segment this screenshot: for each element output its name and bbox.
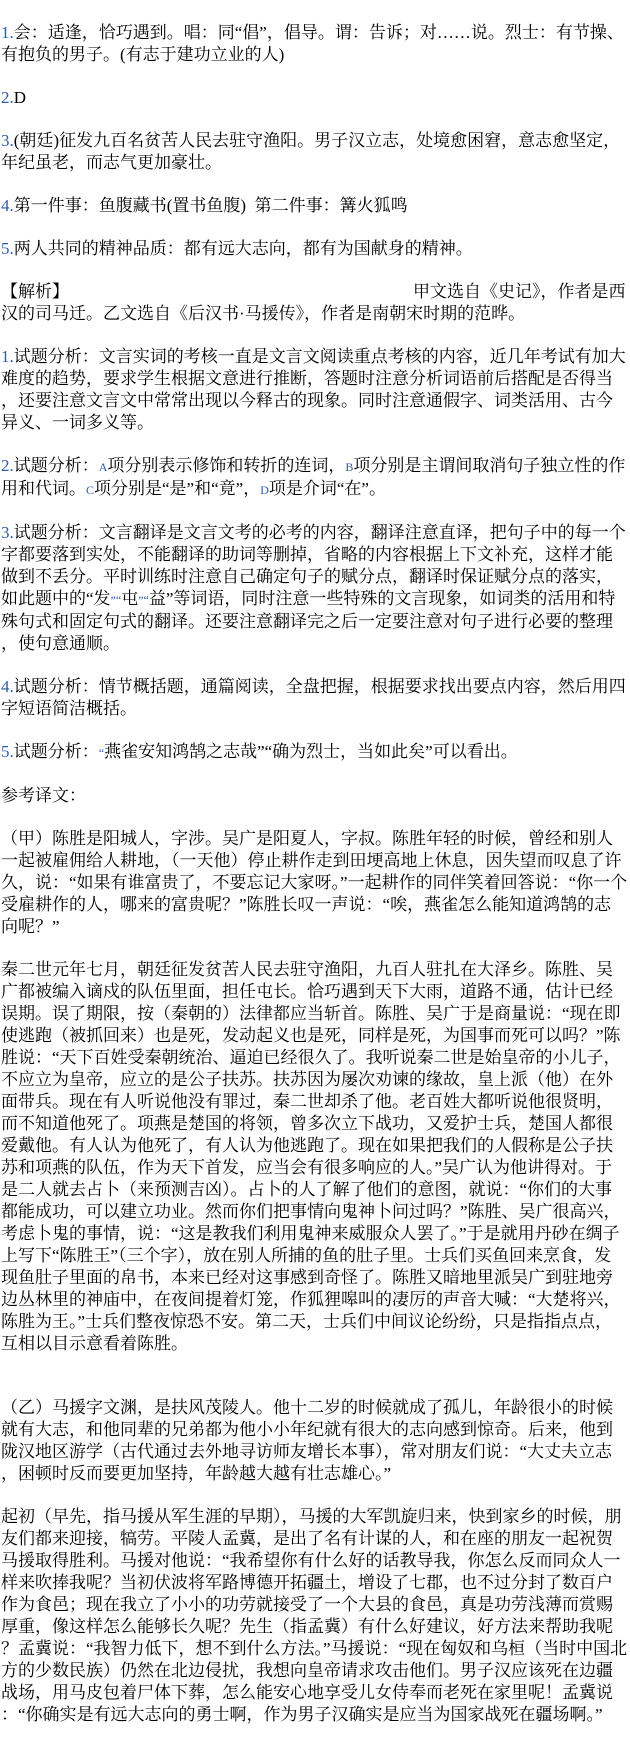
text-segment: ”“ [111, 593, 122, 607]
analysis-item-1-number: 1. [1, 347, 14, 366]
translation-paragraph-yi: （乙）马援字文渊，是扶风茂陵人。他十二岁的时候就成了孤儿，年龄很小的时候就有大志… [1, 1397, 628, 1485]
translation-paragraph-jia: （甲）陈胜是阳城人，字涉。吴广是阳夏人，字叔。陈胜年轻的时候，曾经和别人一起被雇… [1, 828, 628, 938]
text-segment: 燕雀安知鸿鹄之志哉”“确为烈士，当如此矣”可以看出。 [104, 742, 518, 761]
analysis-item-4: 4.试题分析：情节概括题，通篇阅读，全盘把握，根据要求找出要点内容，然后用四字短… [1, 676, 628, 720]
text-segment: 项是介词“在”。 [269, 479, 386, 498]
answer-5: 5.两人共同的精神品质：都有远大志向，都有为国献身的精神。 [1, 238, 628, 260]
answer-5-number: 5. [1, 239, 14, 258]
analysis-item-1: 1.试题分析：文言实词的考核一直是文言文阅读重点考核的内容，近几年考试有加大难度… [1, 346, 628, 434]
translation-paragraph-qichu: 起初（早先，指马援从军生涯的早期），马援的大军凯旋归来，快到家乡的时候，朋友们都… [1, 1506, 628, 1726]
answer-3-text: (朝廷)征发九百名贫苦人民去驻守渔阳。男子汉立志，处境愈困窘，意志愈坚定，年纪虽… [1, 131, 620, 172]
text-segment: 试题分析： [14, 456, 99, 475]
analysis-item-3: 3.试题分析：文言翻译是文言文考的必考的内容，翻译注意直译，把句子中的每一个字都… [1, 522, 628, 655]
text-segment: ”“ [138, 593, 149, 607]
analysis-item-2: 2.试题分析：A项分别表示修饰和转折的连词，B项分别是主谓间取消句子独立性的作用… [1, 455, 628, 501]
analysis-intro: 甲文选自《史记》，作者是西汉的司马迁。乙文选自《后汉书·马援传》，作者是南朝宋时… [1, 282, 626, 323]
answer-2: 2.D [1, 87, 628, 109]
answer-2-number: 2. [1, 88, 14, 107]
analysis-header: 【解析】甲文选自《史记》，作者是西汉的司马迁。乙文选自《后汉书·马援传》，作者是… [1, 281, 628, 325]
analysis-label: 【解析】 [1, 282, 69, 301]
answer-2-text: D [14, 88, 26, 107]
answer-3: 3.(朝廷)征发九百名贫苦人民去驻守渔阳。男子汉立志，处境愈困窘，意志愈坚定，年… [1, 130, 628, 174]
text-segment: 5. [1, 742, 14, 761]
analysis-item-4-number: 4. [1, 677, 14, 696]
answer-1-text: 会：适逢，恰巧遇到。唱：同“倡”，倡导。谓：告诉；对……说。烈士：有节操、有抱负… [1, 23, 624, 64]
answer-1-number: 1. [1, 23, 14, 42]
translation-paragraph-qin: 秦二世元年七月，朝廷征发贫苦人民去驻守渔阳，九百人驻扎在大泽乡。陈胜、吴广都被编… [1, 959, 628, 1355]
text-segment: 项分别表示修饰和转折的连词， [107, 456, 345, 475]
analysis-item-4-text: 试题分析：情节概括题，通篇阅读，全盘把握，根据要求找出要点内容，然后用四字短语简… [1, 677, 626, 718]
text-segment: 2. [1, 456, 14, 475]
analysis-item-5: 5.试题分析：“燕雀安知鸿鹄之志哉”“确为烈士，当如此矣”可以看出。 [1, 741, 628, 764]
analysis-header-spacer [69, 296, 413, 297]
answer-4-number: 4. [1, 196, 14, 215]
text-segment: 项分别是“是”和“竟”， [94, 479, 260, 498]
analysis-item-1-text: 试题分析：文言实词的考核一直是文言文阅读重点考核的内容，近几年考试有加大难度的趋… [1, 347, 626, 432]
answer-3-number: 3. [1, 131, 14, 150]
answer-4-text: 第一件事：鱼腹藏书(置书鱼腹) 第二件事：篝火狐鸣 [14, 196, 408, 215]
text-segment: 3. [1, 523, 14, 542]
text-segment: 试题分析： [14, 742, 99, 761]
text-segment: C [86, 483, 94, 497]
text-segment: D [260, 483, 269, 497]
translation-title: 参考译文： [1, 785, 628, 807]
text-segment: 屯 [121, 589, 138, 608]
answer-5-text: 两人共同的精神品质：都有远大志向，都有为国献身的精神。 [14, 239, 473, 258]
answer-1: 1.会：适逢，恰巧遇到。唱：同“倡”，倡导。谓：告诉；对……说。烈士：有节操、有… [1, 22, 628, 66]
answer-4: 4.第一件事：鱼腹藏书(置书鱼腹) 第二件事：篝火狐鸣 [1, 195, 628, 217]
document-page: 1.会：适逢，恰巧遇到。唱：同“倡”，倡导。谓：告诉；对……说。烈士：有节操、有… [1, 22, 628, 1726]
